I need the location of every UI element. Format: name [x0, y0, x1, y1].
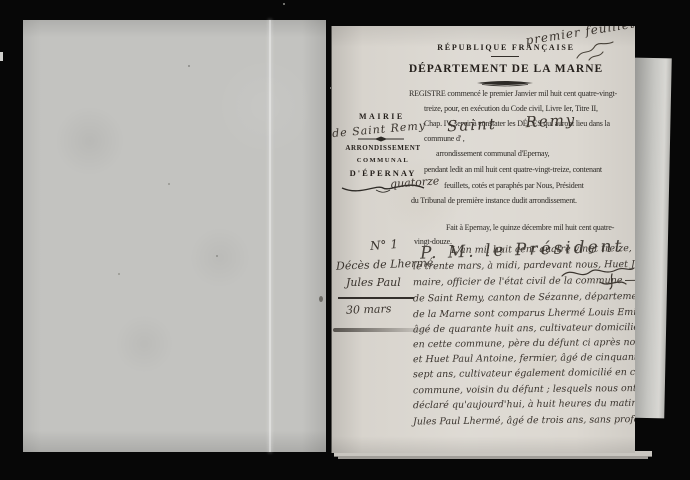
paper-specks: [188, 65, 190, 67]
scanned-register-spread: premier feuillet RÉPUBLIQUE FRANÇAISE DÉ…: [0, 0, 690, 480]
mairie-divider-ornament-icon: [358, 136, 404, 142]
bottom-sheet-edge-2: [338, 456, 648, 459]
act-body-line: âgé de quarante huit ans, cultivateur do…: [413, 322, 635, 336]
communal-label: COMMUNAL: [345, 157, 421, 164]
register-page: premier feuillet RÉPUBLIQUE FRANÇAISE DÉ…: [331, 26, 635, 453]
header-rule: [491, 56, 519, 57]
act-body-line: maire, officier de l'état civil de la co…: [413, 275, 635, 288]
registre-line: arrondissement communal d'Epernay,: [436, 149, 549, 158]
act-margin-rule: [338, 297, 414, 299]
act-body-line: en cette commune, père du défunt ci aprè…: [413, 337, 635, 351]
swelled-rule-ornament-icon: [476, 79, 534, 87]
act-body-line: de Saint Remy, canton de Sézanne, départ…: [413, 291, 635, 305]
arrondissement-label: ARRONDISSEMENT: [345, 144, 421, 152]
act-margin-date-handwritten: 30 mars: [346, 302, 392, 317]
act-body-line: Jules Paul Lhermé, âgé de trois ans, san…: [413, 414, 635, 428]
scan-artifact-fleck: [0, 52, 3, 61]
commune-name-handwritten: Saint Remy: [447, 111, 577, 136]
registre-line: pendant ledit an mil huit cent quatre-vi…: [424, 165, 602, 174]
registre-line: feuillets, cotés et paraphés par Nous, P…: [444, 181, 584, 190]
act-body-line: et Huet Paul Antoine, fermier, âgé de ci…: [413, 352, 635, 365]
act-margin-name-handwritten: Jules Paul: [346, 276, 401, 289]
republic-title: RÉPUBLIQUE FRANÇAISE: [386, 43, 626, 52]
act-body-line: L'an mil huit cent quatre vingt treize,: [451, 243, 632, 256]
registre-line: REGISTRE commencé le premier Janvier mil…: [409, 89, 617, 98]
closing-line: Fait à Epernay, le quinze décembre mil h…: [446, 223, 614, 232]
act-body-line: commune, voisin du défunt ; lesquels nou…: [413, 383, 635, 397]
registre-line: du Tribunal de première instance dudit a…: [411, 196, 577, 205]
feuillets-count-handwritten: quatorze: [390, 174, 440, 190]
act-body-line: sept ans, cultivateur également domicili…: [413, 367, 635, 381]
act-body-line: le trente mars, à midi, pardevant nous, …: [413, 259, 635, 273]
act-body-line: déclaré qu'aujourd'hui, à huit heures du…: [413, 398, 635, 411]
mairie-label: MAIRIE: [359, 112, 405, 121]
act-number-handwritten: N° 1: [370, 237, 399, 253]
blank-verso-page: [23, 20, 326, 452]
binding-blot: [319, 296, 323, 302]
registre-line: commune d' ,: [424, 134, 465, 143]
department-title: DÉPARTEMENT DE LA MARNE: [386, 63, 626, 75]
act-body-line: de la Marne sont comparus Lhermé Louis E…: [413, 307, 635, 320]
page-crease: [269, 20, 271, 452]
